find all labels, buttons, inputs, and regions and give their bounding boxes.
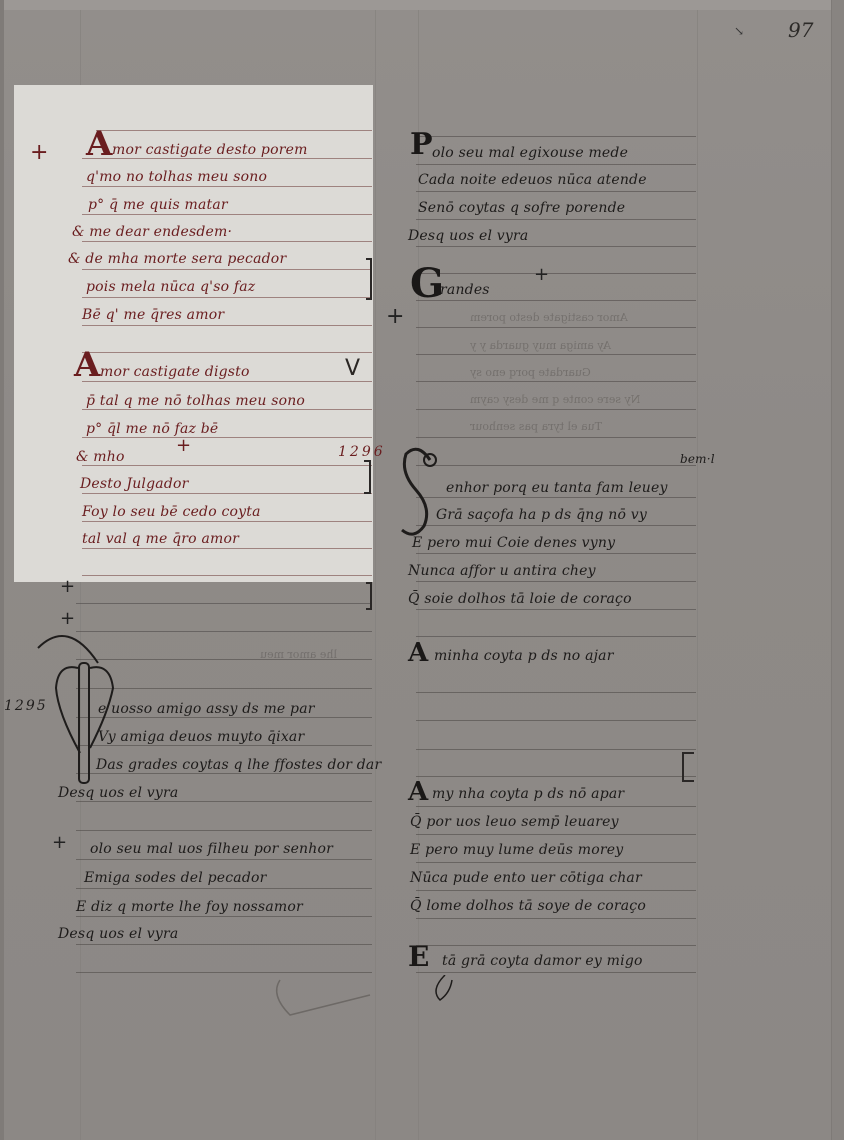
verse-line: Das grades coytas q lhe ffostes dor dar xyxy=(96,757,381,773)
cross-mark: + xyxy=(386,306,404,328)
verse-line: Nunca affor u antira chey xyxy=(408,563,596,579)
ruled-line xyxy=(416,890,696,891)
ruled-line xyxy=(416,327,696,328)
verse-line: q'mo no tolhas meu sono xyxy=(86,169,267,185)
ruled-line xyxy=(416,945,696,946)
ruled-line xyxy=(76,859,372,860)
ruled-line xyxy=(416,720,696,721)
ruled-line xyxy=(96,130,372,131)
ruled-line xyxy=(82,521,372,522)
decorated-initial: A xyxy=(74,348,100,382)
ruled-line xyxy=(416,692,696,693)
verse-line: mor castigate desto porem xyxy=(112,142,308,158)
verse-line: Vy amiga deuos muyto q̄ixar xyxy=(98,729,304,745)
ruled-line xyxy=(76,830,372,831)
verse-line: Q̄ soie dolhos tā loie de coraço xyxy=(408,591,632,607)
ruled-line xyxy=(416,381,696,382)
verse-line: Nūca pude ento uer cōtiga char xyxy=(410,870,642,886)
cross-mark: + xyxy=(60,578,75,596)
verse-line: Desq uos el vyra xyxy=(58,785,178,801)
verse-line: p° q̄l me nō faz bē xyxy=(86,421,218,437)
ruled-line xyxy=(82,269,372,270)
bleed-through-text: Tua el tyra pas senhour xyxy=(470,420,602,433)
verse-line: randes xyxy=(440,282,490,298)
ruled-line xyxy=(82,352,372,353)
cross-mark: + xyxy=(534,266,549,284)
cross-mark: + xyxy=(52,834,67,852)
ruled-line xyxy=(416,776,696,777)
verse-line: enhor porq eu tanta fam leuey xyxy=(446,480,668,496)
verse-line: Grā saçofa ha p ds q̄ng nō vy xyxy=(436,507,647,523)
column-guide xyxy=(697,10,698,1140)
ruled-line xyxy=(76,944,372,945)
verse-line: Desq uos el vyra xyxy=(408,228,528,244)
decorated-initial: P xyxy=(410,130,433,160)
verse-line: & me dear endesdem· xyxy=(72,224,232,240)
ruled-line xyxy=(416,972,696,973)
ruled-line xyxy=(416,497,696,498)
verse-line: Foy lo seu bē cedo coyta xyxy=(82,504,261,520)
bleed-through-text: Ny sere conte q me desy caym xyxy=(470,393,640,406)
verse-line: & mho xyxy=(76,449,125,465)
verse-line: & de mha morte sera pecador xyxy=(68,251,286,267)
ruled-line xyxy=(82,493,372,494)
ruled-line xyxy=(82,325,372,326)
page-top-edge xyxy=(0,0,844,10)
verse-line: Desq uos el vyra xyxy=(58,926,178,942)
ruled-line xyxy=(416,437,696,438)
bleed-through-text: Ay amiga muy guarda y y xyxy=(470,339,611,352)
ruled-line xyxy=(82,409,372,410)
verse-line: Q̄ lome dolhos tā soye de coraço xyxy=(410,898,646,914)
manuscript-page: ↘ 97 xyxy=(0,0,844,1140)
page-left-edge xyxy=(0,0,4,1140)
cross-mark: + xyxy=(30,142,48,164)
decorated-initial: E xyxy=(408,943,429,971)
decorated-initial: A xyxy=(408,779,428,805)
ruled-line xyxy=(76,888,372,889)
ruled-line xyxy=(416,409,696,410)
verse-line: Desto Julgador xyxy=(80,476,189,492)
verse-line: Senō coytas q sofre porende xyxy=(418,200,625,216)
verse-line: e uosso amigo assy ds me par xyxy=(98,701,315,717)
ruled-line xyxy=(82,186,372,187)
ruled-line xyxy=(76,603,372,604)
ruled-line xyxy=(76,972,372,973)
ruled-line xyxy=(82,575,372,576)
verse-line: my nha coyta p ds nō apar xyxy=(432,786,624,802)
verse-line: olo seu mal egixouse mede xyxy=(432,145,628,161)
ruled-line xyxy=(82,381,372,382)
ruled-line xyxy=(416,246,696,247)
v-marker: V xyxy=(345,358,360,380)
ruled-line xyxy=(416,136,696,137)
ruled-line xyxy=(416,354,696,355)
verse-line: olo seu mal uos filheu por senhor xyxy=(90,841,333,857)
poem-number: 1296 xyxy=(338,444,386,460)
pen-flourish xyxy=(230,975,470,1025)
ruled-line xyxy=(82,437,372,438)
ruled-line xyxy=(416,749,696,750)
verse-line: p̄ tal q me nō tolhas meu sono xyxy=(86,393,305,409)
ruled-line xyxy=(416,465,696,466)
verse-line: minha coyta p ds no ajar xyxy=(434,648,614,664)
ruled-line xyxy=(82,548,372,549)
verse-line: Cada noite edeuos nūca atende xyxy=(418,172,647,188)
flourished-initial-s xyxy=(398,442,440,542)
cross-mark: + xyxy=(176,437,191,455)
folio-number: 97 xyxy=(788,18,813,42)
ruled-line xyxy=(76,801,372,802)
ruled-line xyxy=(416,834,696,835)
bleed-through-text: Amor castigate desto porem xyxy=(470,311,628,324)
verse-line: Q̄ por uos leuo semp̄ leuarey xyxy=(410,814,619,830)
ruled-line xyxy=(82,297,372,298)
ruled-line xyxy=(416,636,696,637)
bracket-mark xyxy=(366,582,372,610)
bleed-through-text: lhe amor meu xyxy=(260,648,337,661)
ruled-line xyxy=(82,465,372,466)
verse-line: Emiga sodes del pecador xyxy=(84,870,267,886)
ruled-line xyxy=(416,525,696,526)
column-guide xyxy=(375,10,376,1140)
bleed-through-text: Guardate porq eno sy xyxy=(470,366,591,379)
ruled-line xyxy=(416,553,696,554)
ruled-line xyxy=(416,806,696,807)
ruled-line xyxy=(76,916,372,917)
ruled-line xyxy=(416,219,696,220)
decorated-initial: A xyxy=(86,127,112,161)
verse-line: Bē q' me q̄res amor xyxy=(82,307,224,323)
bracket-mark xyxy=(364,460,371,494)
ruled-line xyxy=(416,862,696,863)
ruled-line xyxy=(82,214,372,215)
marginal-note: bem·l xyxy=(680,452,715,466)
verse-line: E pero mui Coie denes vyny xyxy=(412,535,615,551)
verse-line: tal val q me q̄ro amor xyxy=(82,531,239,547)
bracket-mark xyxy=(366,258,372,300)
ruled-line xyxy=(416,300,696,301)
ruled-line xyxy=(82,158,372,159)
ruled-line xyxy=(416,581,696,582)
verse-line: p° q̄ me quis matar xyxy=(88,197,228,213)
bracket-mark xyxy=(682,752,694,782)
verse-line: tā grā coyta damor ey migo xyxy=(442,953,643,969)
verse-line: E diz q morte lhe foy nossamor xyxy=(76,899,303,915)
ruled-line xyxy=(416,191,696,192)
corner-arrow-mark: ↘ xyxy=(734,24,744,38)
decorated-initial: A xyxy=(408,640,428,666)
ruled-line xyxy=(416,609,696,610)
ruled-line xyxy=(416,164,696,165)
ruled-line xyxy=(416,918,696,919)
verse-line: pois mela nūca q'so faz xyxy=(86,279,255,295)
verse-line: E pero muy lume deūs morey xyxy=(410,842,623,858)
ruled-line xyxy=(82,241,372,242)
verse-line: mor castigate digsto xyxy=(100,364,250,380)
ruled-line xyxy=(416,273,696,274)
page-right-edge xyxy=(831,0,844,1140)
